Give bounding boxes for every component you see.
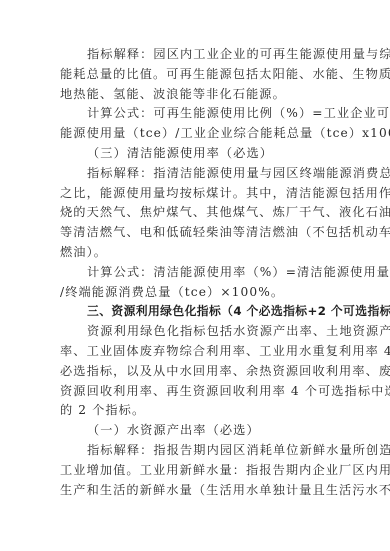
text-line: 生产和生活的新鲜水量（生活用水单独计量且生活污水不与 xyxy=(60,481,332,501)
text-line: 等清洁燃气、电和低硫轻柴油等清洁燃油（不包括机动车用 xyxy=(60,223,332,243)
paragraph-clean-energy-explanation: 指标解释：指清洁能源使用量与园区终端能源消费总量 之比，能源使用量均按标煤计。其… xyxy=(60,164,332,263)
subheading-text: （一）水资源产出率（必选） xyxy=(60,421,332,441)
paragraph-renewable-explanation: 指标解释：园区内工业企业的可再生能源使用量与综合 能耗总量的比值。可再生能源包括… xyxy=(60,45,332,104)
document-page: 指标解释：园区内工业企业的可再生能源使用量与综合 能耗总量的比值。可再生能源包括… xyxy=(0,0,390,551)
text-line: 指标解释：指报告期内园区消耗单位新鲜水量所创造的 xyxy=(60,441,332,461)
paragraph-water-explanation: 指标解释：指报告期内园区消耗单位新鲜水量所创造的 工业增加值。工业用新鲜水量：指… xyxy=(60,441,332,500)
text-line: 的 2 个指标。 xyxy=(60,401,332,421)
text-line: 工业增加值。工业用新鲜水量：指报告期内企业厂区内用于 xyxy=(60,461,332,481)
heading-text: 三、资源利用绿色化指标（4 个必选指标+2 个可选指标） xyxy=(60,302,332,322)
text-line: 地热能、氢能、波浪能等非化石能源。 xyxy=(60,85,332,105)
text-line: 烧的天然气、焦炉煤气、其他煤气、炼厂干气、液化石油气 xyxy=(60,203,332,223)
document-body: 指标解释：园区内工业企业的可再生能源使用量与综合 能耗总量的比值。可再生能源包括… xyxy=(60,45,332,500)
text-line: 指标解释：园区内工业企业的可再生能源使用量与综合 xyxy=(60,45,332,65)
text-line: 率、工业固体废弃物综合利用率、工业用水重复利用率 4 个 xyxy=(60,342,332,362)
text-line: 燃油）。 xyxy=(60,243,332,263)
heading-resource-utilization: 三、资源利用绿色化指标（4 个必选指标+2 个可选指标） xyxy=(60,302,332,322)
text-line: 之比，能源使用量均按标煤计。其中，清洁能源包括用作燃 xyxy=(60,184,332,204)
text-line: /终端能源消费总量（tce）×100%。 xyxy=(60,283,332,303)
text-line: 计算公式：清洁能源使用率（%）=清洁能源使用量（tce） xyxy=(60,263,332,283)
text-line: 指标解释：指清洁能源使用量与园区终端能源消费总量 xyxy=(60,164,332,184)
text-line: 必选指标，以及从中水回用率、余热资源回收利用率、废气 xyxy=(60,362,332,382)
subheading-water-productivity: （一）水资源产出率（必选） xyxy=(60,421,332,441)
paragraph-renewable-formula: 计算公式：可再生能源使用比例（%）=工业企业可再生 能源使用量（tce）/工业企… xyxy=(60,104,332,144)
paragraph-resource-indicators: 资源利用绿色化指标包括水资源产出率、土地资源产出 率、工业固体废弃物综合利用率、… xyxy=(60,322,332,421)
paragraph-clean-energy-formula: 计算公式：清洁能源使用率（%）=清洁能源使用量（tce） /终端能源消费总量（t… xyxy=(60,263,332,303)
text-line: 资源利用绿色化指标包括水资源产出率、土地资源产出 xyxy=(60,322,332,342)
subheading-text: （三）清洁能源使用率（必选） xyxy=(60,144,332,164)
text-line: 能源使用量（tce）/工业企业综合能耗总量（tce）x100%。 xyxy=(60,124,332,144)
text-line: 资源回收利用率、再生资源回收利用率 4 个可选指标中选取 xyxy=(60,382,332,402)
subheading-clean-energy-rate: （三）清洁能源使用率（必选） xyxy=(60,144,332,164)
text-line: 计算公式：可再生能源使用比例（%）=工业企业可再生 xyxy=(60,104,332,124)
text-line: 能耗总量的比值。可再生能源包括太阳能、水能、生物质能、 xyxy=(60,65,332,85)
